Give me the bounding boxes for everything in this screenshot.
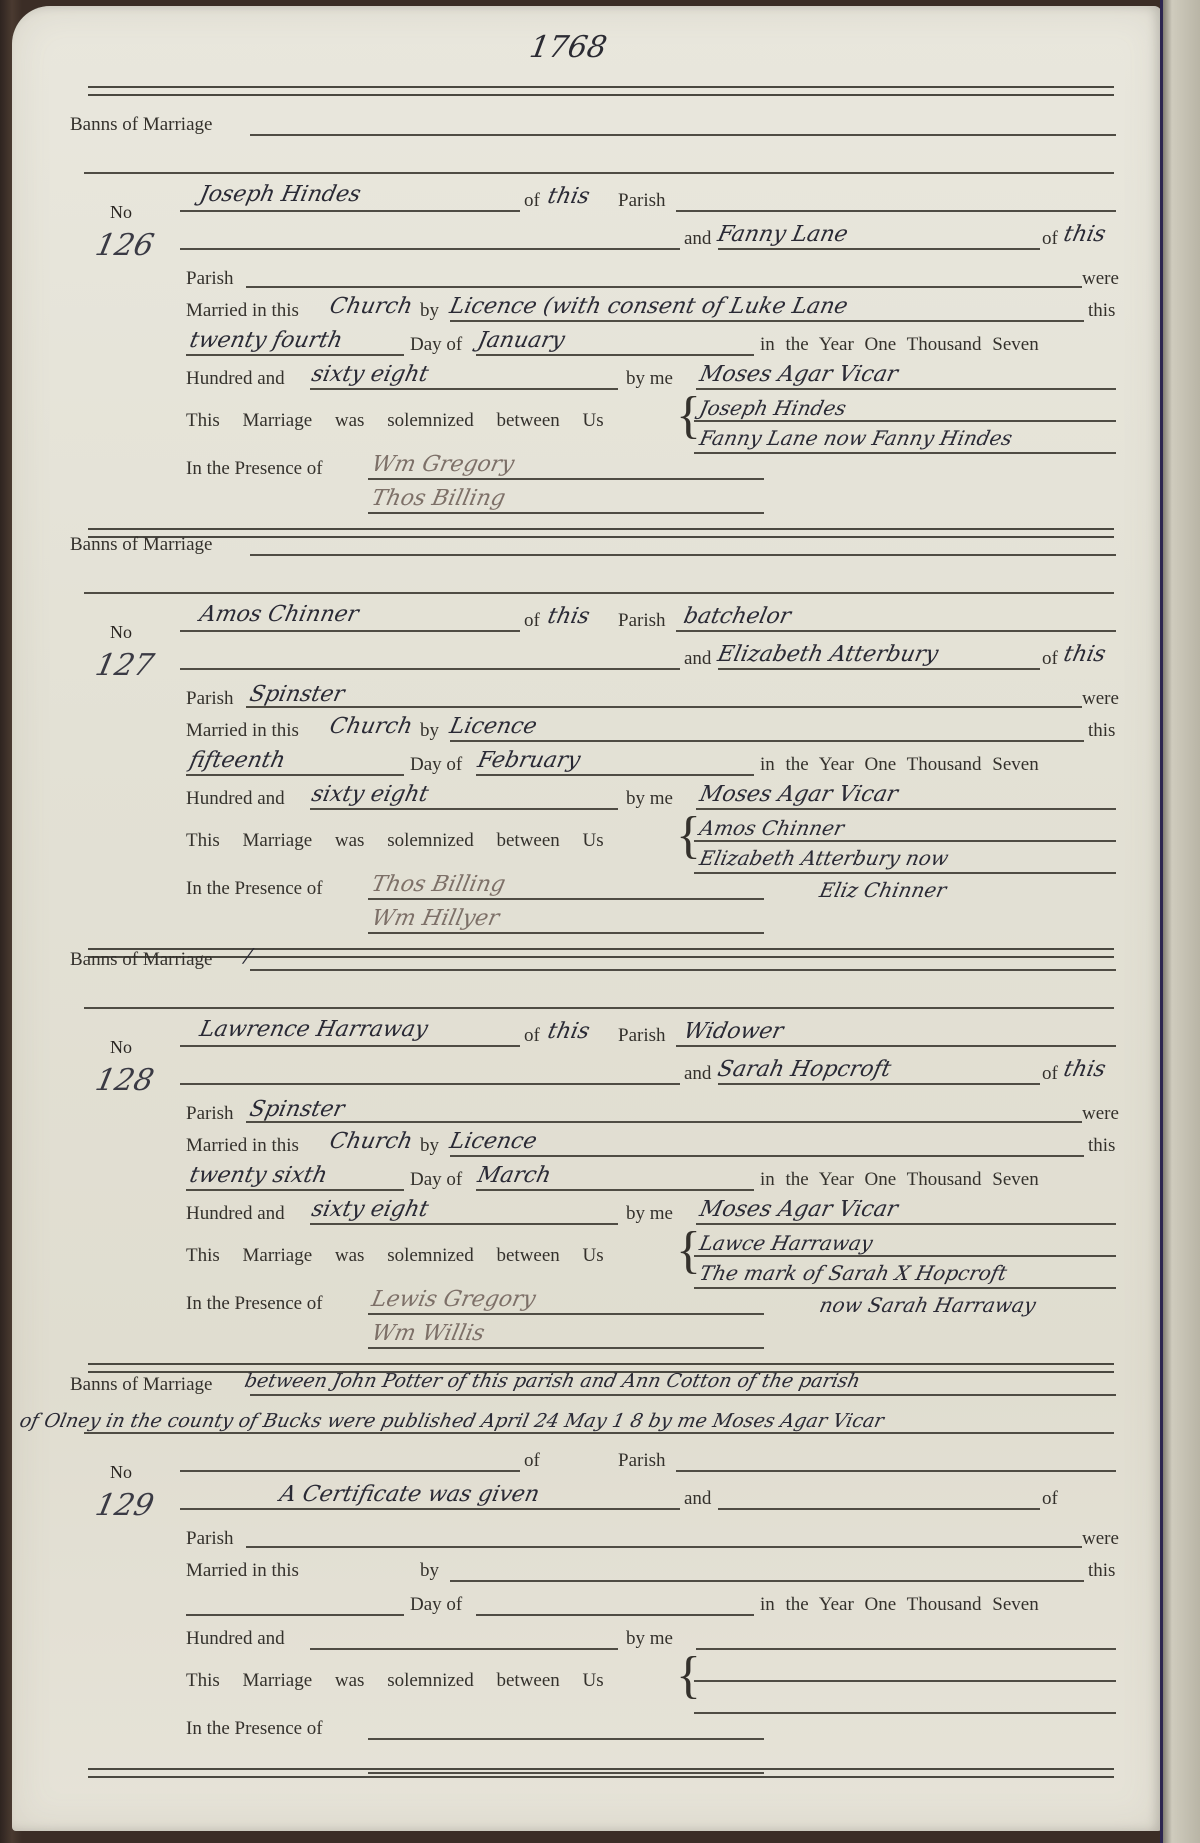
by-me-label: by me	[626, 1628, 673, 1650]
witness-line-1	[368, 1313, 764, 1315]
groom-status-line	[676, 1045, 1116, 1047]
were-label: were	[1082, 1103, 1119, 1125]
married-label: Married in this	[186, 1560, 299, 1582]
register-page	[12, 6, 1162, 1831]
bride-status-line	[246, 1121, 1082, 1123]
bride-line	[718, 668, 1040, 670]
bride-line	[718, 248, 1040, 250]
day: twenty sixth	[187, 1163, 329, 1188]
banns-line	[250, 554, 1116, 556]
month-line	[476, 774, 754, 776]
groom-name: Lawrence Harraway	[197, 1017, 430, 1042]
and-label: and	[684, 648, 711, 670]
by-me-label: by me	[626, 1203, 673, 1225]
bride-status: Spinster	[247, 682, 346, 707]
bride-line-note: A Certificate was given	[277, 1482, 541, 1507]
month: February	[475, 748, 582, 773]
signature-1: Lawce Harraway	[697, 1231, 875, 1255]
of-label: of	[1042, 648, 1058, 670]
entry-number: 128	[92, 1063, 157, 1098]
bride-of: this	[1061, 1057, 1108, 1082]
banns-line-2	[84, 1432, 1114, 1434]
year-line	[310, 388, 618, 390]
officiant-line	[696, 1223, 1116, 1225]
year-line	[310, 1223, 618, 1225]
this-label: this	[1088, 720, 1115, 742]
month-line	[476, 1189, 754, 1191]
were-label: were	[1082, 688, 1119, 710]
groom-status-line	[676, 630, 1116, 632]
groom-of: this	[545, 604, 592, 629]
groom-line	[180, 1470, 520, 1472]
witness-line-1	[368, 478, 764, 480]
signature-line-2	[694, 1712, 1116, 1714]
groom-line	[180, 210, 520, 212]
year-line	[310, 1648, 618, 1650]
day-of-label: Day of	[410, 1594, 462, 1616]
groom-name: Amos Chinner	[197, 602, 361, 627]
of-label: of	[524, 190, 540, 212]
parish-label: Parish	[186, 268, 234, 290]
officiant: Moses Agar Vicar	[697, 1197, 900, 1222]
officiant: Moses Agar Vicar	[697, 782, 900, 807]
bottom-rule	[88, 1768, 1114, 1778]
this-label: this	[1088, 300, 1115, 322]
witness-line-2	[368, 932, 764, 934]
signature-3: now Sarah Harraway	[817, 1293, 1038, 1317]
witness-2: Thos Billing	[369, 486, 507, 511]
banns-line-2	[84, 172, 1114, 174]
groom-of: this	[545, 184, 592, 209]
signature-line-2	[694, 452, 1116, 454]
month: March	[475, 1163, 553, 1188]
hundred-label: Hundred and	[186, 1628, 285, 1650]
witness-line-1	[368, 898, 764, 900]
place: Church	[327, 294, 415, 319]
parish-label: Parish	[618, 610, 666, 632]
parish-label: Parish	[186, 1103, 234, 1125]
entry-separator	[88, 528, 1114, 538]
signature-2: Elizabeth Atterbury now	[697, 846, 950, 870]
officiant-line	[696, 1648, 1116, 1650]
groom-line	[180, 630, 520, 632]
banns-line	[250, 969, 1116, 971]
signature-line-1	[694, 840, 1116, 842]
witness-line-1	[368, 1738, 764, 1740]
presence-label: In the Presence of	[186, 1718, 323, 1740]
adjacent-page	[1160, 0, 1200, 1843]
groom-of: this	[545, 1019, 592, 1044]
groom-line	[180, 1045, 520, 1047]
entry-number: 129	[92, 1488, 157, 1523]
number-label: No	[110, 202, 132, 223]
officiant: Moses Agar Vicar	[697, 362, 900, 387]
day: twenty fourth	[187, 328, 345, 353]
solemnized-label: This Marriage was solemnized between Us	[186, 830, 604, 852]
bride-name: Fanny Lane	[715, 222, 850, 247]
year-label: in the Year One Thousand Seven	[760, 1169, 1039, 1191]
bride-name: Sarah Hopcroft	[715, 1057, 893, 1082]
presence-label: In the Presence of	[186, 878, 323, 900]
banns-line-2	[84, 1007, 1114, 1009]
banns-line	[250, 1394, 1116, 1396]
this-label: this	[1088, 1560, 1115, 1582]
bride-name: Elizabeth Atterbury	[715, 642, 940, 667]
witness-2: Wm Willis	[369, 1321, 486, 1346]
banns-line	[250, 134, 1116, 136]
hundred-label: Hundred and	[186, 1203, 285, 1225]
day-of-label: Day of	[410, 1169, 462, 1191]
licence: Licence (with consent of Luke Lane	[447, 294, 850, 319]
were-label: were	[1082, 1528, 1119, 1550]
year-label: in the Year One Thousand Seven	[760, 1594, 1039, 1616]
officiant-line	[696, 808, 1116, 810]
and-label: and	[684, 228, 711, 250]
witness-1: Thos Billing	[369, 872, 507, 897]
presence-label: In the Presence of	[186, 458, 323, 480]
year-heading: 1768	[527, 30, 610, 65]
banns-label: Banns of Marriage	[70, 534, 212, 556]
year-words: sixty eight	[309, 1197, 430, 1222]
married-label: Married in this	[186, 1135, 299, 1157]
bride-pre-line	[180, 668, 680, 670]
married-label: Married in this	[186, 300, 299, 322]
by-label: by	[420, 1560, 439, 1582]
year-words: sixty eight	[309, 362, 430, 387]
place: Church	[327, 714, 415, 739]
groom-status: Widower	[681, 1019, 785, 1044]
witness-1: Wm Gregory	[369, 452, 516, 477]
bride-pre-line	[180, 1083, 680, 1085]
licence-line	[450, 740, 1084, 742]
year-label: in the Year One Thousand Seven	[760, 334, 1039, 356]
banns-text-cont: of Olney in the county of Bucks were pub…	[18, 1410, 886, 1432]
licence-line	[450, 320, 1084, 322]
year-label: in the Year One Thousand Seven	[760, 754, 1039, 776]
by-label: by	[420, 300, 439, 322]
banns-label: Banns of Marriage	[70, 1374, 212, 1396]
licence-line	[450, 1155, 1084, 1157]
signature-line-2	[694, 1287, 1116, 1289]
presence-label: In the Presence of	[186, 1293, 323, 1315]
day-line	[186, 354, 404, 356]
entry-number: 126	[92, 228, 157, 263]
of-label: of	[1042, 1488, 1058, 1510]
entry-separator	[88, 948, 1114, 958]
signature-line-1	[694, 1680, 1116, 1682]
signature-1: Joseph Hindes	[697, 396, 848, 420]
witness-1: Lewis Gregory	[369, 1287, 537, 1312]
licence: Licence	[447, 1129, 539, 1154]
hundred-label: Hundred and	[186, 368, 285, 390]
parish-label: Parish	[618, 1450, 666, 1472]
year-line	[310, 808, 618, 810]
this-label: this	[1088, 1135, 1115, 1157]
witness-line-2	[368, 512, 764, 514]
signature-3: Eliz Chinner	[817, 878, 948, 902]
bride-status-line	[246, 286, 1082, 288]
witness-2: Wm Hillyer	[369, 906, 501, 931]
groom-status-line	[676, 210, 1116, 212]
licence: Licence	[447, 714, 539, 739]
number-label: No	[110, 1037, 132, 1058]
solemnized-label: This Marriage was solemnized between Us	[186, 410, 604, 432]
day: fifteenth	[187, 748, 287, 773]
solemnized-label: This Marriage was solemnized between Us	[186, 1670, 604, 1692]
banns-label: Banns of Marriage	[70, 114, 212, 136]
officiant-line	[696, 388, 1116, 390]
bride-line	[718, 1083, 1040, 1085]
signature-line-1	[694, 420, 1116, 422]
signature-2: Fanny Lane now Fanny Hindes	[697, 426, 1014, 450]
of-label: of	[1042, 1063, 1058, 1085]
bride-status-line	[246, 706, 1082, 708]
bride-of: this	[1061, 642, 1108, 667]
by-me-label: by me	[626, 368, 673, 390]
month: January	[475, 328, 567, 353]
day-line	[186, 1614, 404, 1616]
were-label: were	[1082, 268, 1119, 290]
of-label: of	[1042, 228, 1058, 250]
of-label: of	[524, 610, 540, 632]
licence-line	[450, 1580, 1084, 1582]
number-label: No	[110, 1462, 132, 1483]
year-words: sixty eight	[309, 782, 430, 807]
bride-status: Spinster	[247, 1097, 346, 1122]
top-rule	[88, 86, 1114, 96]
banns-text: between John Potter of this parish and A…	[243, 1370, 863, 1392]
of-label: of	[524, 1025, 540, 1047]
bride-line	[718, 1508, 1040, 1510]
day-line	[186, 1189, 404, 1191]
bride-pre-line	[180, 1508, 680, 1510]
groom-status: batchelor	[681, 604, 793, 629]
banns-line-2	[84, 592, 1114, 594]
married-label: Married in this	[186, 720, 299, 742]
number-label: No	[110, 622, 132, 643]
month-line	[476, 354, 754, 356]
signature-2: The mark of Sarah X Hopcroft	[697, 1261, 1009, 1285]
entry-number: 127	[92, 648, 157, 683]
by-label: by	[420, 720, 439, 742]
day-of-label: Day of	[410, 754, 462, 776]
bride-of: this	[1061, 222, 1108, 247]
by-label: by	[420, 1135, 439, 1157]
witness-line-2	[368, 1347, 764, 1349]
signature-line-1	[694, 1255, 1116, 1257]
bride-status-line	[246, 1546, 1082, 1548]
by-me-label: by me	[626, 788, 673, 810]
parish-label: Parish	[186, 688, 234, 710]
parish-label: Parish	[618, 190, 666, 212]
and-label: and	[684, 1063, 711, 1085]
hundred-label: Hundred and	[186, 788, 285, 810]
day-of-label: Day of	[410, 334, 462, 356]
place: Church	[327, 1129, 415, 1154]
bride-pre-line	[180, 248, 680, 250]
day-line	[186, 774, 404, 776]
groom-status-line	[676, 1470, 1116, 1472]
month-line	[476, 1614, 754, 1616]
page-edge	[1160, 0, 1163, 1843]
groom-name: Joseph Hindes	[197, 182, 363, 207]
parish-label: Parish	[186, 1528, 234, 1550]
signature-line-2	[694, 872, 1116, 874]
signature-1: Amos Chinner	[697, 816, 846, 840]
banns-label: Banns of Marriage	[70, 949, 212, 971]
of-label: of	[524, 1450, 540, 1472]
parish-label: Parish	[618, 1025, 666, 1047]
and-label: and	[684, 1488, 711, 1510]
solemnized-label: This Marriage was solemnized between Us	[186, 1245, 604, 1267]
brace: {	[676, 1650, 701, 1702]
